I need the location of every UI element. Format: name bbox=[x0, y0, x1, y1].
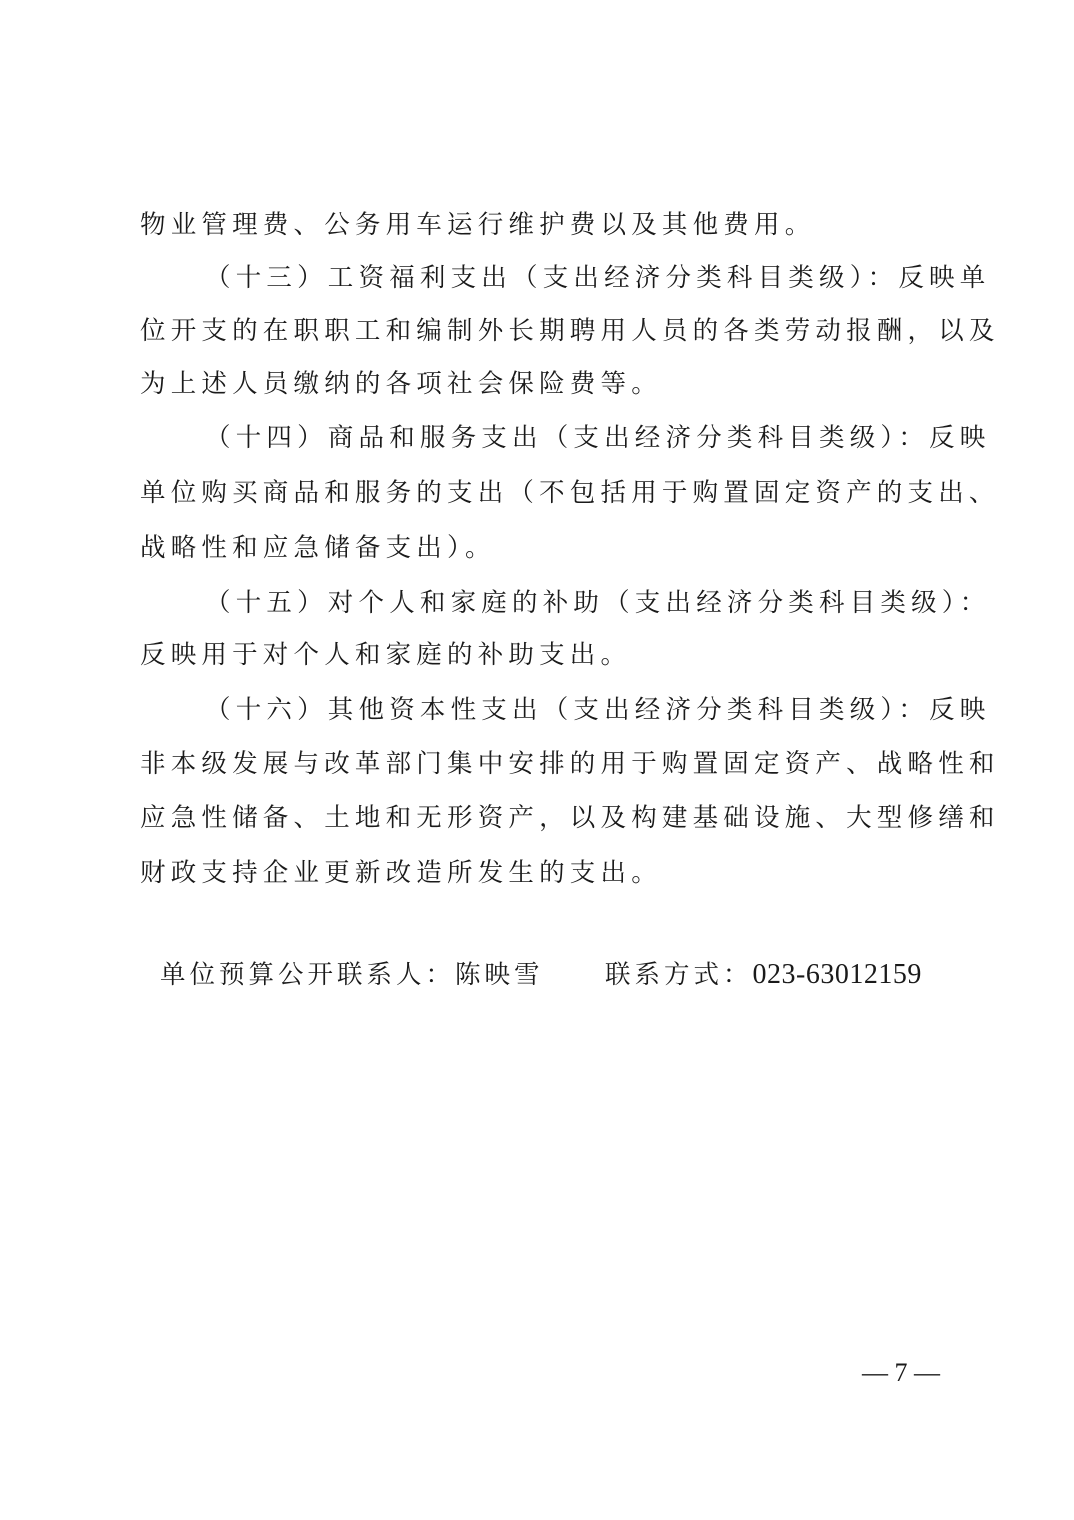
paragraph-line: 反映用于对个人和家庭的补助支出。 bbox=[140, 640, 936, 670]
contact-person-label: 单位预算公开联系人： bbox=[160, 960, 455, 990]
paragraph-line: 非本级发展与改革部门集中安排的用于购置固定资产、战略性和 bbox=[140, 749, 936, 779]
contact-phone-label: 联系方式： bbox=[605, 960, 753, 990]
contact-phone-number: 023-63012159 bbox=[753, 959, 922, 990]
contact-person: 单位预算公开联系人：陈映雪 bbox=[160, 960, 544, 990]
paragraph-line: 应急性储备、土地和无形资产，以及构建基础设施、大型修缮和 bbox=[140, 803, 936, 833]
paragraph-line: 为上述人员缴纳的各项社会保险费等。 bbox=[140, 369, 936, 399]
paragraph-line: 战略性和应急储备支出）。 bbox=[140, 533, 936, 563]
contact-phone: 联系方式：023-63012159 bbox=[605, 960, 922, 990]
paragraph-line: 位开支的在职职工和编制外长期聘用人员的各类劳动报酬，以及 bbox=[140, 316, 936, 346]
page-number: — 7 — bbox=[862, 1358, 940, 1388]
paragraph-line: 单位购买商品和服务的支出（不包括用于购置固定资产的支出、 bbox=[140, 478, 936, 508]
paragraph-heading-15: （十五）对个人和家庭的补助（支出经济分类科目类级）： bbox=[205, 588, 936, 618]
paragraph-heading-14: （十四）商品和服务支出（支出经济分类科目类级）：反映 bbox=[205, 423, 936, 453]
contact-person-name: 陈映雪 bbox=[455, 960, 544, 990]
paragraph-heading-16: （十六）其他资本性支出（支出经济分类科目类级）：反映 bbox=[205, 695, 936, 725]
paragraph-line: 物业管理费、公务用车运行维护费以及其他费用。 bbox=[140, 210, 936, 240]
paragraph-heading-13: （十三）工资福利支出（支出经济分类科目类级）：反映单 bbox=[205, 263, 936, 293]
paragraph-line: 财政支持企业更新改造所发生的支出。 bbox=[140, 858, 936, 888]
